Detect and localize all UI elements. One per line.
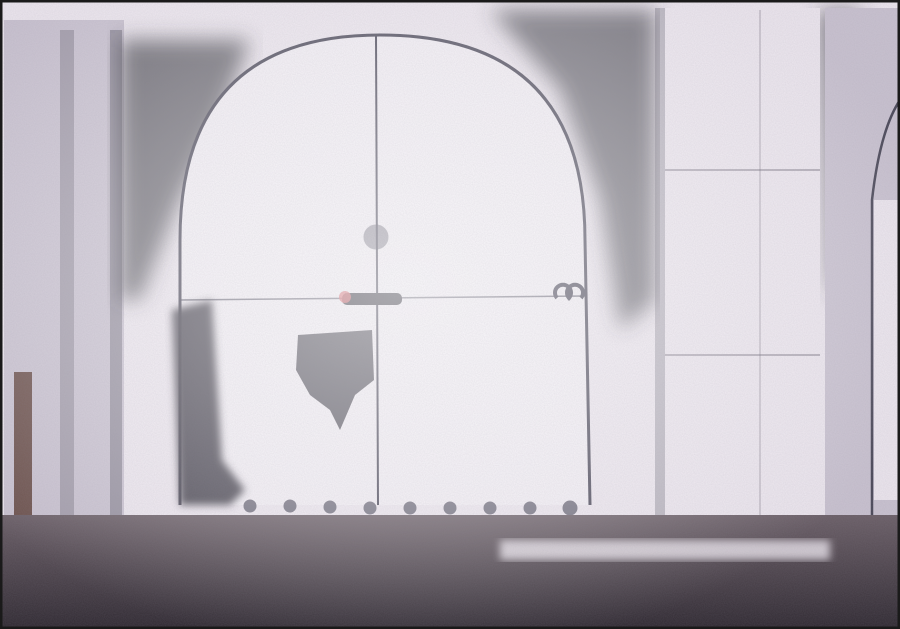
door-photograph <box>0 0 900 629</box>
photo-scene <box>0 0 900 629</box>
